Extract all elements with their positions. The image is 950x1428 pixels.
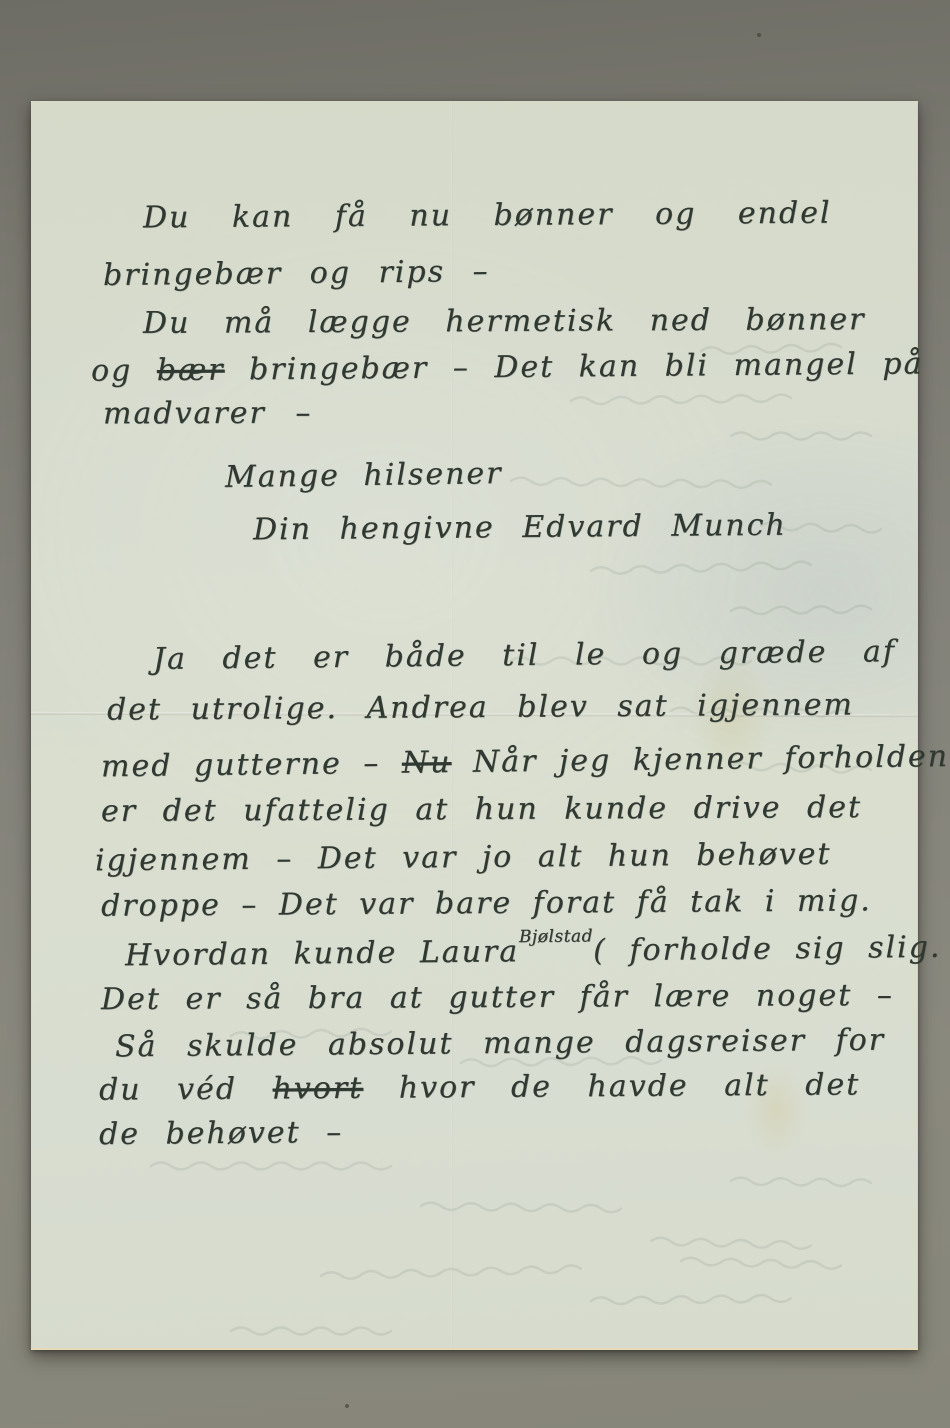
text-segment: Mange hilsener (225, 456, 503, 495)
handwritten-line-17: du véd hvort hvor de havde alt det (99, 1070, 860, 1105)
dust-speck (757, 33, 761, 37)
dust-speck (345, 1404, 349, 1408)
photograph-background: Du kan få nu bønner og endelbringebær og… (0, 0, 950, 1428)
handwritten-line-15: Det er så bra at gutter får lære noget – (101, 981, 894, 1015)
text-segment: hvor de havde alt det (363, 1067, 860, 1105)
handwritten-line-10: med gutterne – Nu Når jeg kjenner forhol… (101, 742, 950, 783)
text-segment: ( forholde sig slig. (593, 930, 942, 969)
inserted-word: Bjølstad (519, 926, 593, 947)
handwritten-line-2: bringebær og rips – (103, 257, 490, 291)
text-segment: Så skulde absolut mange dagsreiser for (115, 1023, 885, 1065)
handwritten-line-13: droppe – Det var bare forat få tak i mig… (101, 886, 872, 921)
text-segment: Din hengivne Edvard Munch (253, 508, 787, 548)
text-segment: det utrolige. Andrea blev sat igjennem (107, 687, 854, 727)
handwritten-line-3: Du må lægge hermetisk ned bønner (143, 305, 866, 339)
text-segment: Du må lægge hermetisk ned bønner (143, 302, 866, 341)
handwritten-line-1: Du kan få nu bønner og endel (143, 199, 832, 234)
handwritten-line-16: Så skulde absolut mange dagsreiser for (115, 1026, 885, 1063)
handwritten-line-14: Hvordan kunde LauraBjølstad( forholde si… (125, 933, 942, 972)
letter-page: Du kan få nu bønner og endelbringebær og… (31, 101, 918, 1350)
text-segment: madvarer – (103, 396, 312, 432)
handwritten-line-4: og bær bringebær – Det kan bli mangel på (91, 349, 924, 386)
text-segment: du véd (99, 1071, 273, 1107)
handwritten-line-11: er det ufattelig at hun kunde drive det (101, 793, 862, 827)
text-segment: Det er så bra at gutter får lære noget – (101, 978, 894, 1017)
text-segment: og (91, 353, 157, 389)
handwritten-line-8: Ja det er både til le og græde af (153, 637, 896, 675)
handwritten-line-12: igjennem – Det var jo alt hun behøvet (95, 840, 832, 876)
text-segment: Hvordan kunde Laura (125, 934, 519, 973)
text-segment: Ja det er både til le og græde af (153, 634, 896, 677)
handwritten-line-9: det utrolige. Andrea blev sat igjennem (107, 690, 854, 725)
text-segment: med gutterne – (101, 746, 402, 785)
text-segment: Du kan få nu bønner og endel (143, 196, 832, 236)
letter-body: Du kan få nu bønner og endelbringebær og… (31, 101, 917, 1348)
text-segment: bringebær og rips – (103, 254, 490, 293)
handwritten-line-18: de behøvet – (99, 1118, 343, 1150)
text-segment: Når jeg kjenner forholdene (451, 739, 950, 780)
text-segment: de behøvet – (99, 1115, 343, 1152)
strikethrough-segment: hvort (272, 1071, 363, 1107)
strikethrough-segment: bær (157, 352, 225, 388)
handwritten-line-7: Din hengivne Edvard Munch (253, 511, 787, 546)
handwritten-line-6: Mange hilsener (225, 459, 503, 493)
text-segment: er det ufattelig at hun kunde drive det (101, 790, 862, 829)
handwritten-line-5: madvarer – (103, 399, 312, 430)
text-segment: igjennem – Det var jo alt hun behøvet (95, 837, 832, 878)
text-segment: bringebær – Det kan bli mangel på (224, 346, 923, 387)
text-segment: droppe – Det var bare forat få tak i mig… (101, 883, 872, 923)
strikethrough-segment: Nu (402, 745, 452, 781)
